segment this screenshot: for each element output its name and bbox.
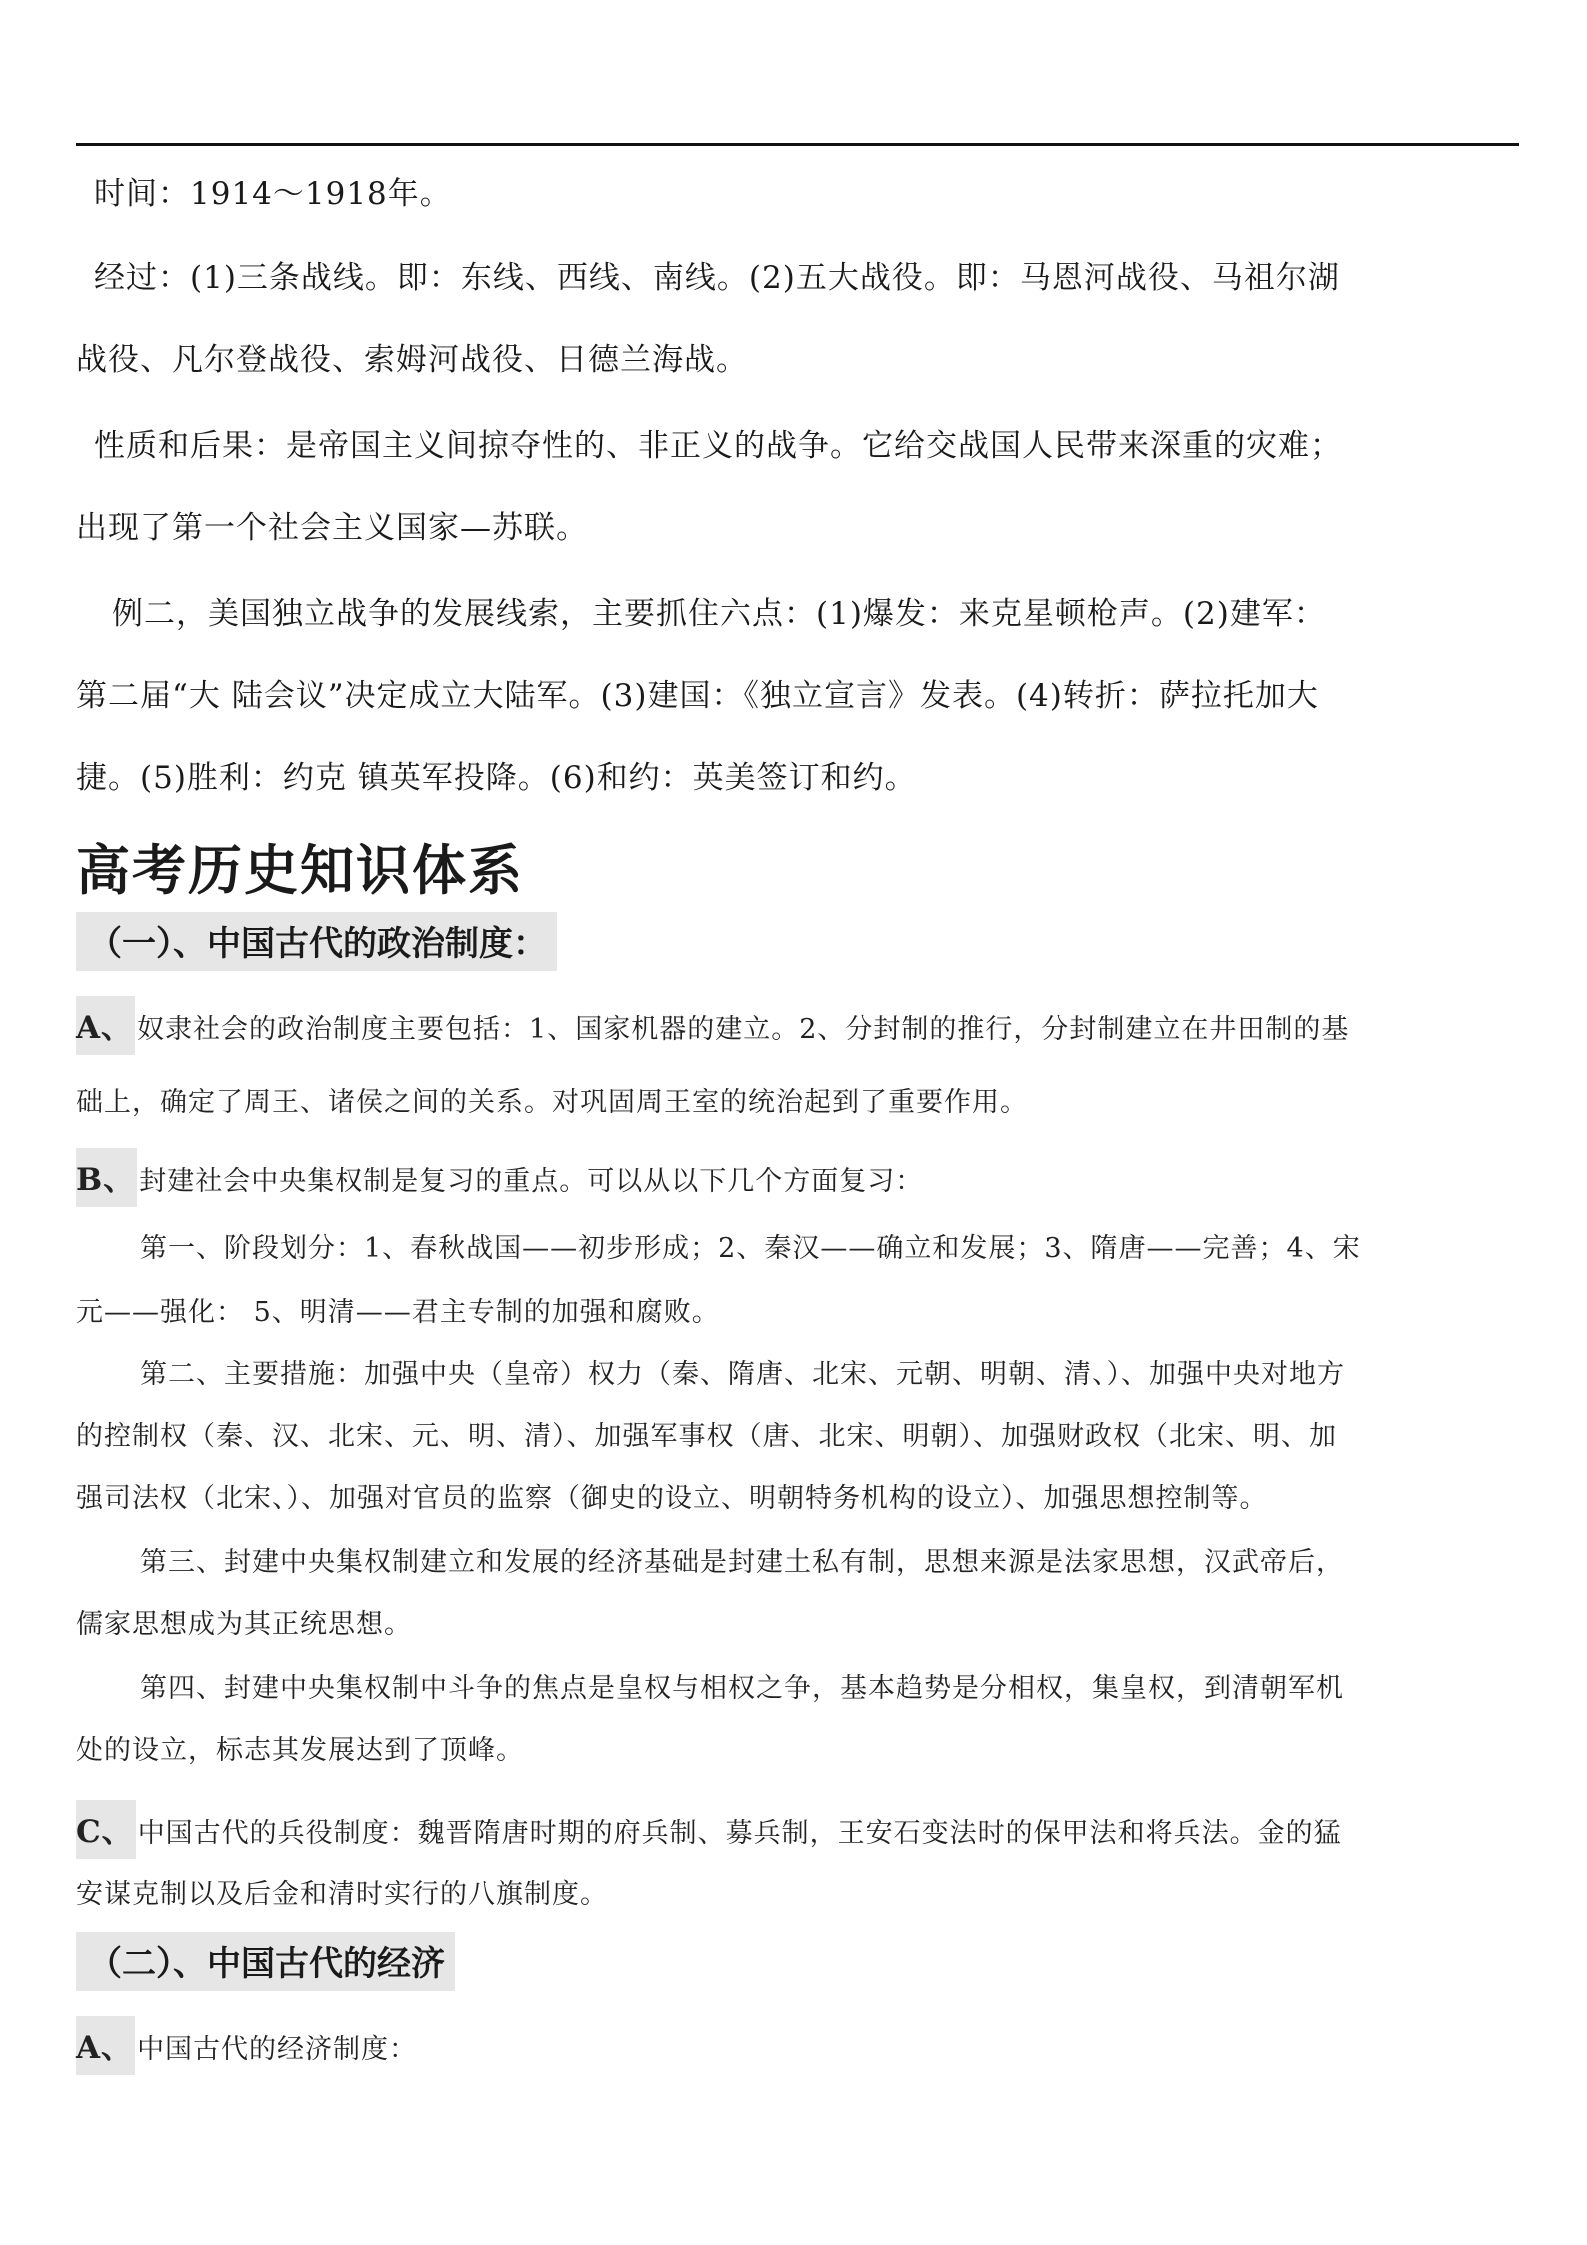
section2-a-line1: A、中国古代的经济制度： — [76, 2016, 417, 2075]
b-third-line1: 第三、封建中央集权制建立和发展的经济基础是封建土私有制，思想来源是法家思想，汉武… — [140, 1540, 1344, 1579]
example2-line3: 捷。(5)胜利：约克 镇英军投降。(6)和约：英美签订和约。 — [76, 752, 917, 797]
section1-c-marker: C、 — [76, 1800, 136, 1859]
section1-a-text: 奴隶社会的政治制度主要包括：1、国家机器的建立。2、分封制的推行，分封制建立在井… — [137, 1014, 1349, 1045]
b-first-line1: 第一、阶段划分：1、春秋战国——初步形成；2、秦汉——确立和发展；3、隋唐——完… — [140, 1226, 1361, 1265]
section1-header: （一）、中国古代的政治制度： — [76, 912, 557, 971]
header-rule — [76, 143, 1519, 146]
example2-line2: 第二届“大 陆会议”决定成立大陆军。(3)建国：《独立宣言》发表。(4)转折：萨… — [76, 670, 1319, 715]
b-fourth-line2: 处的设立，标志其发展达到了顶峰。 — [76, 1728, 524, 1767]
section1-a-line1: A、奴隶社会的政治制度主要包括：1、国家机器的建立。2、分封制的推行，分封制建立… — [76, 996, 1349, 1055]
section1-c-line2: 安谋克制以及后金和清时实行的八旗制度。 — [76, 1872, 608, 1911]
section1-b-marker: B、 — [76, 1148, 137, 1207]
wwi-nature-line1: 性质和后果：是帝国主义间掠夺性的、非正义的战争。它给交战国人民带来深重的灾难； — [94, 420, 1342, 465]
section2-a-marker: A、 — [76, 2016, 135, 2075]
wwi-process-line1: 经过：(1)三条战线。即：东线、西线、南线。(2)五大战役。即：马恩河战役、马祖… — [94, 252, 1340, 297]
b-third-line2: 儒家思想成为其正统思想。 — [76, 1602, 412, 1641]
page-title: 高考历史知识体系 — [76, 828, 524, 905]
b-second-line3: 强司法权（北宋、）、加强对官员的监察（御史的设立、明朝特务机构的设立）、加强思想… — [76, 1476, 1268, 1515]
wwi-nature-line2: 出现了第一个社会主义国家—苏联。 — [76, 502, 588, 547]
section1-a-marker: A、 — [76, 996, 135, 1055]
b-first-line2: 元——强化： 5、明清——君主专制的加强和腐败。 — [76, 1290, 720, 1329]
section1-c-text: 中国古代的兵役制度：魏晋隋唐时期的府兵制、募兵制，王安石变法时的保甲法和将兵法。… — [138, 1818, 1342, 1849]
b-fourth-line1: 第四、封建中央集权制中斗争的焦点是皇权与相权之争，基本趋势是分相权，集皇权，到清… — [140, 1666, 1344, 1705]
section1-b-text: 封建社会中央集权制是复习的重点。可以从以下几个方面复习： — [139, 1166, 923, 1197]
b-second-line2: 的控制权（秦、汉、北宋、元、明、清）、加强军事权（唐、北宋、明朝）、加强财政权（… — [76, 1414, 1337, 1453]
section2-header: （二）、中国古代的经济 — [76, 1932, 455, 1991]
example2-line1: 例二，美国独立战争的发展线索，主要抓住六点：(1)爆发：来克星顿枪声。(2)建军… — [112, 588, 1326, 633]
b-second-line1: 第二、主要措施：加强中央（皇帝）权力（秦、隋唐、北宋、元朝、明朝、清、）、加强中… — [140, 1352, 1345, 1391]
section1-b-line1: B、封建社会中央集权制是复习的重点。可以从以下几个方面复习： — [76, 1148, 923, 1207]
section1-c-line1: C、中国古代的兵役制度：魏晋隋唐时期的府兵制、募兵制，王安石变法时的保甲法和将兵… — [76, 1800, 1342, 1859]
wwi-process-line2: 战役、凡尔登战役、索姆河战役、日德兰海战。 — [76, 334, 748, 379]
section1-a-line2: 础上，确定了周王、诸侯之间的关系。对巩固周王室的统治起到了重要作用。 — [76, 1080, 1028, 1119]
section2-a-text: 中国古代的经济制度： — [137, 2034, 417, 2065]
wwi-time: 时间：1914～1918年。 — [94, 168, 452, 213]
